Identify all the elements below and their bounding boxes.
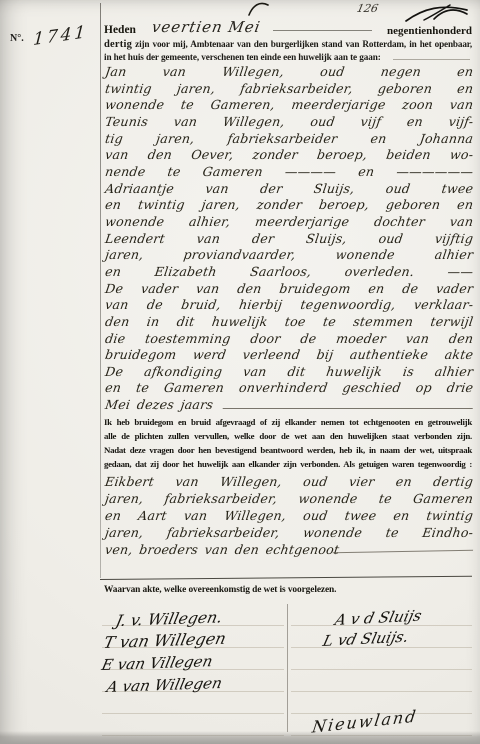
document-page: N°.1741 Heden veertien Mei 126 negentien… — [0, 0, 480, 744]
handwritten-line: Mei dezes jaars — [104, 397, 474, 414]
handwritten-line: twintig jaren, fabrieksarbeider, geboren… — [104, 81, 474, 98]
header-corner: 126 negentienhonderd — [357, 2, 472, 37]
handwritten-line: wonende te Gameren, meerderjarige zoon v… — [104, 97, 474, 114]
header-line-1: Heden veertien Mei 126 negentienhonderd — [104, 10, 472, 38]
printed-vow-line: Nadat deze vragen door hen bevestigend b… — [104, 443, 472, 457]
handwritten-line: nende te Gameren ———— en —————— — [104, 164, 474, 181]
margin-note: 126 — [356, 2, 380, 15]
paraaf-flourish — [404, 2, 470, 24]
header-line-2: dertig zijn voor mij, Ambtenaar van den … — [104, 38, 472, 51]
handwritten-line: Teunis van Willegen, oud vijf en vijf- — [104, 114, 474, 131]
printed-vow-line: alle de plichten zullen vervullen, welke… — [104, 429, 472, 443]
left-margin-rule — [100, 3, 101, 578]
handwritten-line: en te Gameren onverhinderd geschied op d… — [104, 380, 474, 397]
handwritten-witness-line: jaren, fabrieksarbeider, wonende te Game… — [104, 490, 474, 507]
act-body-handwritten: Jan van Willegen, oud negen entwintig ja… — [104, 64, 472, 414]
printed-vow-line: gedaan, dat zij door het huwelijk aan el… — [104, 457, 472, 471]
printed-intro-line2: in het huis der gemeente, verschenen ten… — [104, 51, 381, 64]
printed-year: negentienhonderd — [387, 25, 472, 37]
header-line-3: in het huis der gemeente, verschenen ten… — [104, 51, 472, 64]
witnesses-handwritten: Eikbert van Willegen, oud vier en dertig… — [104, 473, 472, 558]
act-number-block: N°.1741 — [10, 26, 88, 46]
handwritten-witness-line: Eikbert van Willegen, oud vier en dertig — [104, 473, 474, 490]
handwritten-line: Leendert van der Sluijs, oud vijftig — [104, 231, 474, 248]
scan-edge — [0, 731, 480, 744]
handwritten-line: Jan van Willegen, oud negen en — [104, 64, 474, 81]
signature-divider — [287, 604, 288, 732]
handwritten-witness-line: ven, broeders van den echtgenoot — [104, 541, 474, 558]
handwritten-line: Adriaantje van der Sluijs, oud twee — [104, 181, 474, 198]
handwritten-line: en Elizabeth Saarloos, overleden. —— — [104, 264, 474, 281]
handwritten-line: en twintig jaren, zonder beroep, geboren… — [104, 197, 474, 214]
printed-heden: Heden — [104, 24, 136, 36]
handwritten-witness-line: en Aart van Willegen, oud twee en twinti… — [104, 507, 474, 524]
handwritten-line: jaren, proviandvaarder, wonende alhier — [104, 247, 474, 264]
handwritten-line: den in dit huwelijk toe te stemmen terwi… — [104, 314, 474, 331]
handwritten-line: wonende alhier, meerderjarige dochter va… — [104, 214, 474, 231]
handwritten-line: De afkondiging van dit huwelijk is alhie… — [104, 364, 474, 381]
handwritten-line: die toestemming door de moeder van den — [104, 331, 474, 348]
handwritten-witness-line: jaren, fabrieksarbeider, wonende te Eind… — [104, 524, 474, 541]
handwritten-line: bruidegom werd verleend bij authentieke … — [104, 347, 474, 364]
groom-signature-column: J. v. Willegen.T van WillegenE van Ville… — [102, 604, 284, 744]
handwritten-line: van den Oever, zonder beroep, beiden wo- — [104, 147, 474, 164]
separator-rule — [100, 576, 472, 580]
handwritten-line: De vader van den bruidegom en de vader — [104, 281, 474, 298]
signature-area: J. v. Willegen.T van WillegenE van Ville… — [102, 604, 472, 744]
vows-printed-text: Ik heb bruidegom en bruid afgevraagd of … — [104, 415, 472, 471]
closing-line: Waarvan akte, welke overeenkomstig de we… — [104, 584, 472, 596]
filler-rule — [393, 59, 470, 60]
printed-decade: dertig — [104, 39, 132, 50]
act-number: 1741 — [32, 22, 88, 50]
printed-intro-rest: zijn voor mij, Ambtenaar van den burgerl… — [135, 39, 472, 49]
margin-note-row: 126 — [357, 2, 470, 24]
act-text-block: Heden veertien Mei 126 negentienhonderd … — [104, 10, 472, 744]
handwritten-line: tig jaren, fabrieksarbeider en Johanna — [104, 131, 474, 148]
printed-vow-line: Ik heb bruidegom en bruid afgevraagd of … — [104, 415, 472, 429]
handwritten-date: veertien Mei — [150, 18, 262, 36]
number-label: N°. — [10, 33, 24, 44]
handwritten-line: van de bruid, hierbij tegenwoordig, verk… — [104, 297, 474, 314]
